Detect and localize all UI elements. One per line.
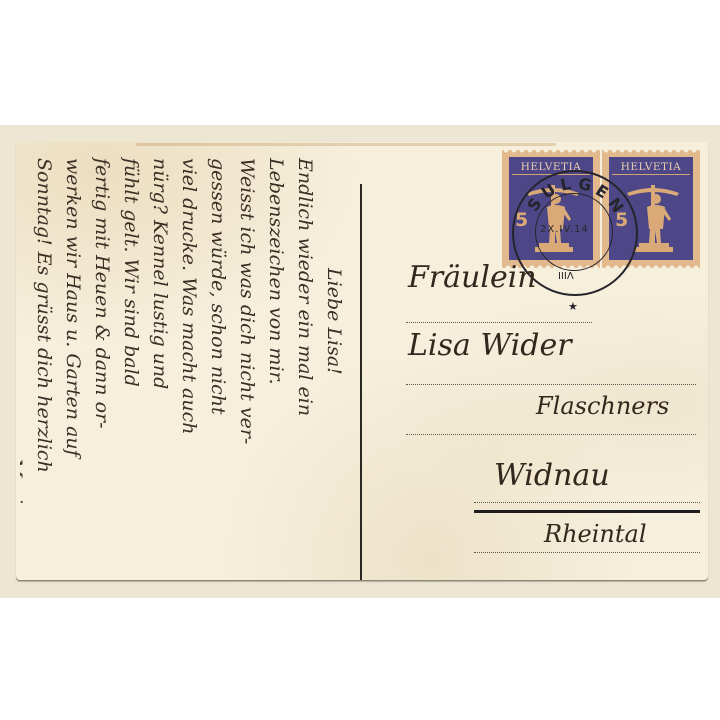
postmark-letter: E (592, 180, 612, 202)
address-dotted-rule (406, 384, 696, 385)
postmark-letter: N (604, 194, 626, 215)
center-divider (360, 184, 362, 580)
message-line: nürg? Kennel lustig und (145, 158, 174, 564)
message-area: Liebe Lisa! Endlich wieder ein mal ein L… (20, 148, 356, 574)
message-line: Weisst ich was dich nicht ver- (232, 158, 261, 564)
address-solid-rule (474, 510, 700, 513)
address-dotted-rule (406, 434, 696, 435)
postmark-date: 2X.IV.14 (540, 224, 589, 235)
message-line: werken wir Haus u. Garten auf (58, 158, 87, 564)
postmark-star-icon: ★ (568, 300, 578, 313)
address-line-5: Rheintal (544, 520, 647, 548)
message-rotated: Liebe Lisa! Endlich wieder ein mal ein L… (20, 148, 356, 574)
message-line: Sonntag! Es grüsst dich herzlich (29, 158, 58, 564)
address-dotted-rule (474, 502, 700, 503)
postmark-letter: G (577, 174, 592, 195)
postmark-letter: L (558, 174, 573, 195)
message-text: Liebe Lisa! Endlich wieder ein mal ein L… (20, 148, 356, 574)
address-line-2: Lisa Wider (408, 328, 572, 363)
age-stain (136, 143, 556, 146)
address-line-1: Fräulein (408, 260, 537, 295)
postmark-letter: S (523, 194, 545, 215)
message-line: fühlt gelt. Wir sind bald (116, 158, 145, 564)
address-line-3: Flaschners (536, 392, 669, 420)
message-line: gessen würde, schon nicht (203, 158, 232, 564)
address-dotted-rule (474, 552, 700, 553)
message-signature: Marie (20, 158, 29, 564)
message-line: Lebenszeichen von mir. (261, 158, 290, 564)
postmark-letter: U (538, 180, 558, 202)
postmark-time: VIII (558, 269, 574, 280)
message-line: viel drucke. Was macht auch (174, 158, 203, 564)
postcard: Liebe Lisa! Endlich wieder ein mal ein L… (16, 142, 708, 580)
address-dotted-rule (406, 322, 592, 323)
message-greeting: Liebe Lisa! (319, 158, 348, 564)
message-line: Endlich wieder ein mal ein (290, 158, 319, 564)
message-line: fertig mit Heuen & dann or- (87, 158, 116, 564)
address-line-4: Widnau (494, 458, 610, 493)
